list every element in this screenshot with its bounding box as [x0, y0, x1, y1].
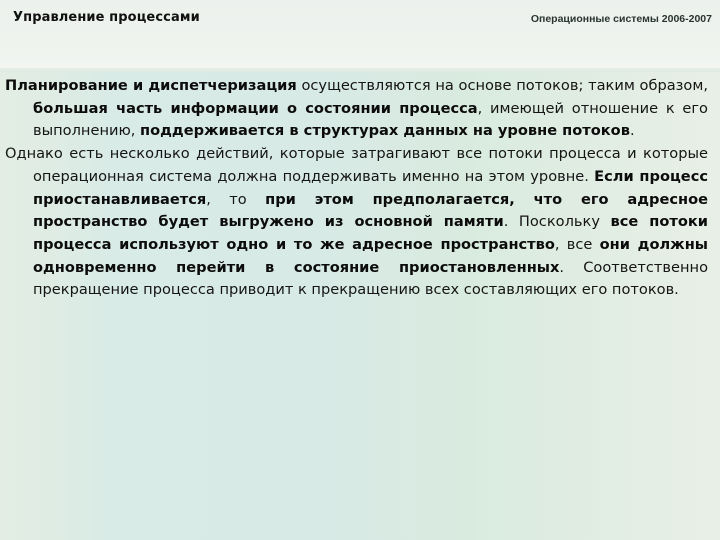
slide-body: Планирование и диспетчеризация осуществл… — [5, 75, 708, 302]
slide-header: Управление процессами Операционные систе… — [0, 0, 720, 68]
paragraph-scheduling: Планирование и диспетчеризация осуществл… — [5, 75, 708, 143]
text-regular: , то — [206, 191, 265, 208]
slide: Управление процессами Операционные систе… — [0, 0, 720, 540]
header-divider — [0, 68, 720, 72]
text-regular: , все — [555, 236, 600, 253]
paragraph-process-actions: Однако есть несколько действий, которые … — [5, 143, 708, 302]
text-bold: Планирование и диспетчеризация — [5, 77, 297, 94]
text-regular: осуществляются на основе потоков; таким … — [297, 77, 708, 94]
text-regular: . Поскольку — [504, 213, 611, 230]
slide-title: Управление процессами — [13, 10, 200, 25]
text-regular: . — [630, 122, 635, 139]
course-label: Операционные системы 2006-2007 — [531, 13, 712, 25]
text-bold: большая часть информации о состоянии про… — [33, 100, 478, 117]
text-bold: поддерживается в структурах данных на ур… — [140, 122, 630, 139]
